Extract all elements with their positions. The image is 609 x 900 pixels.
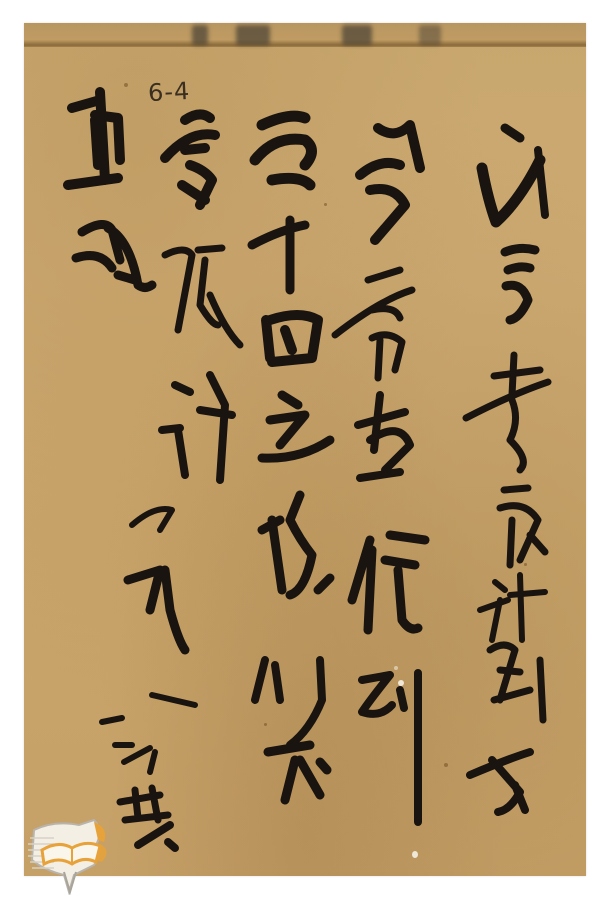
column-4-strokes	[128, 114, 240, 705]
column-5-strokes	[68, 92, 152, 288]
calligraphy-ink	[0, 0, 609, 900]
library-logo-icon	[24, 800, 124, 895]
column-3-strokes	[252, 116, 330, 800]
column-1-strokes	[466, 128, 548, 812]
column-2-strokes	[335, 125, 425, 822]
